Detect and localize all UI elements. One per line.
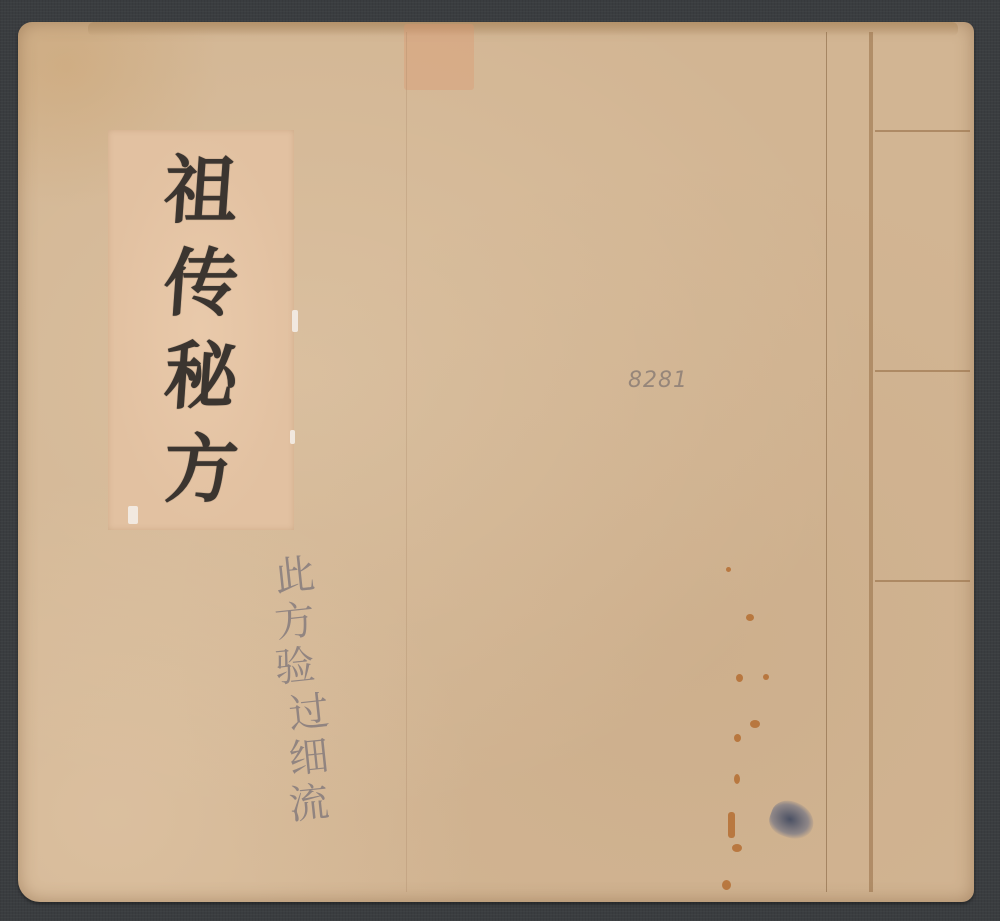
rust-spot	[734, 734, 741, 742]
binding-section	[875, 132, 970, 372]
rust-spot	[734, 774, 740, 784]
binding-section	[875, 372, 970, 582]
title-label: 祖 传 秘 方	[108, 130, 294, 530]
ink-blot	[765, 796, 819, 845]
label-tear	[128, 506, 138, 524]
pencil-char: 过	[287, 689, 332, 739]
title-char: 方	[161, 433, 240, 507]
binding-section	[875, 582, 970, 808]
rust-spot	[722, 880, 731, 890]
cover-fold-line	[406, 32, 407, 892]
cover-top-edge	[88, 22, 958, 36]
label-tear	[292, 310, 298, 332]
rust-spot	[763, 674, 769, 680]
rust-spot	[736, 674, 743, 682]
title-char: 祖	[161, 154, 240, 228]
spine-fold-line	[826, 32, 827, 892]
rust-spot	[732, 844, 742, 852]
book-cover: 祖 传 秘 方 此 方 验 过 细 流 8281	[18, 22, 974, 902]
binding-section	[875, 22, 970, 132]
rust-spot	[746, 614, 754, 621]
rust-spot	[726, 567, 731, 572]
pencil-char: 流	[287, 780, 332, 830]
pencil-char: 方	[273, 598, 318, 648]
pencil-char: 细	[287, 734, 332, 784]
rust-spot	[750, 720, 760, 728]
title-char: 传	[161, 247, 240, 321]
catalog-number: 8281	[628, 368, 688, 393]
faded-red-seal	[404, 24, 474, 90]
pencil-char: 此	[273, 552, 318, 602]
rust-spot	[728, 812, 735, 838]
label-tear	[290, 430, 295, 444]
pencil-annotation: 此 方 验 过 细 流	[250, 554, 340, 828]
pencil-char: 验	[273, 643, 318, 693]
spine-binding-line	[869, 32, 873, 892]
title-char: 秘	[161, 340, 240, 414]
